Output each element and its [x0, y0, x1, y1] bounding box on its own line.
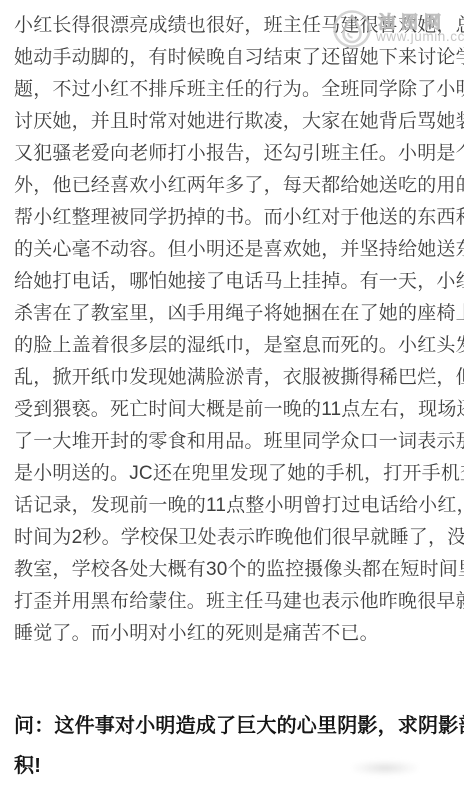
story-line: 外，他已经喜欢小红两年多了，每天都给她送吃的用的，还	[14, 170, 454, 202]
story-line: 的脸上盖着很多层的湿纸巾，是窒息而死的。小红头发凌	[14, 330, 454, 362]
question-line: 问：这件事对小明造成了巨大的心里阴影，求阴影部分的面	[14, 706, 454, 746]
story-line: 给她打电话，哪怕她接了电话马上挂掉。有一天，小红被人	[14, 266, 454, 298]
story-line: 的关心毫不动容。但小明还是喜欢她，并坚持给她送东西和	[14, 234, 454, 266]
story-line: 受到猥亵。死亡时间大概是前一晚的11点左右，现场还发现	[14, 394, 454, 426]
story-line: 时间为2秒。学校保卫处表示昨晚他们很早就睡了，没查看	[14, 522, 454, 554]
story-page: 油图网 www.jumin.cc 小红长得很漂亮成绩也很好，班主任马建很喜欢她，…	[0, 0, 464, 785]
story-line: 杀害在了教室里，凶手用绳子将她捆在在了她的座椅上。她	[14, 298, 454, 330]
story-line: 是小明送的。JC还在兜里发现了她的手机，打开手机查了通	[14, 458, 454, 490]
story-line: 又犯骚老爱向老师打小报告，还勾引班主任。小明是个例	[14, 138, 454, 170]
story-line: 打歪并用黑布给蒙住。班主任马建也表示他昨晚很早就回家	[14, 586, 454, 618]
story-line: 教室，学校各处大概有30个的监控摄像头都在短时间里被人	[14, 554, 454, 586]
question-text: 问：这件事对小明造成了巨大的心里阴影，求阴影部分的面积!	[14, 706, 454, 785]
story-line: 睡觉了。而小明对小红的死则是痛苦不已。	[14, 618, 454, 650]
story-text: 小红长得很漂亮成绩也很好，班主任马建很喜欢她，总是对她动手动脚的，有时候晚自习结…	[14, 10, 454, 650]
story-line: 她动手动脚的，有时候晚自习结束了还留她下来讨论学习问	[14, 42, 454, 74]
story-line: 小红长得很漂亮成绩也很好，班主任马建很喜欢她，总是对	[14, 10, 454, 42]
story-line: 话记录，发现前一晚的11点整小明曾打过电话给小红，通话	[14, 490, 454, 522]
question-line: 积!	[14, 746, 454, 785]
story-line: 讨厌她，并且时常对她进行欺凌，大家在她背后骂她装高傲	[14, 106, 454, 138]
story-line: 乱，掀开纸巾发现她满脸淤青，衣服被撕得稀巴烂，但没有	[14, 362, 454, 394]
story-line: 帮小红整理被同学扔掉的书。而小红对于他送的东西和给予	[14, 202, 454, 234]
story-line: 了一大堆开封的零食和用品。班里同学众口一词表示那些都	[14, 426, 454, 458]
story-line: 题，不过小红不排斥班主任的行为。全班同学除了小明都很	[14, 74, 454, 106]
